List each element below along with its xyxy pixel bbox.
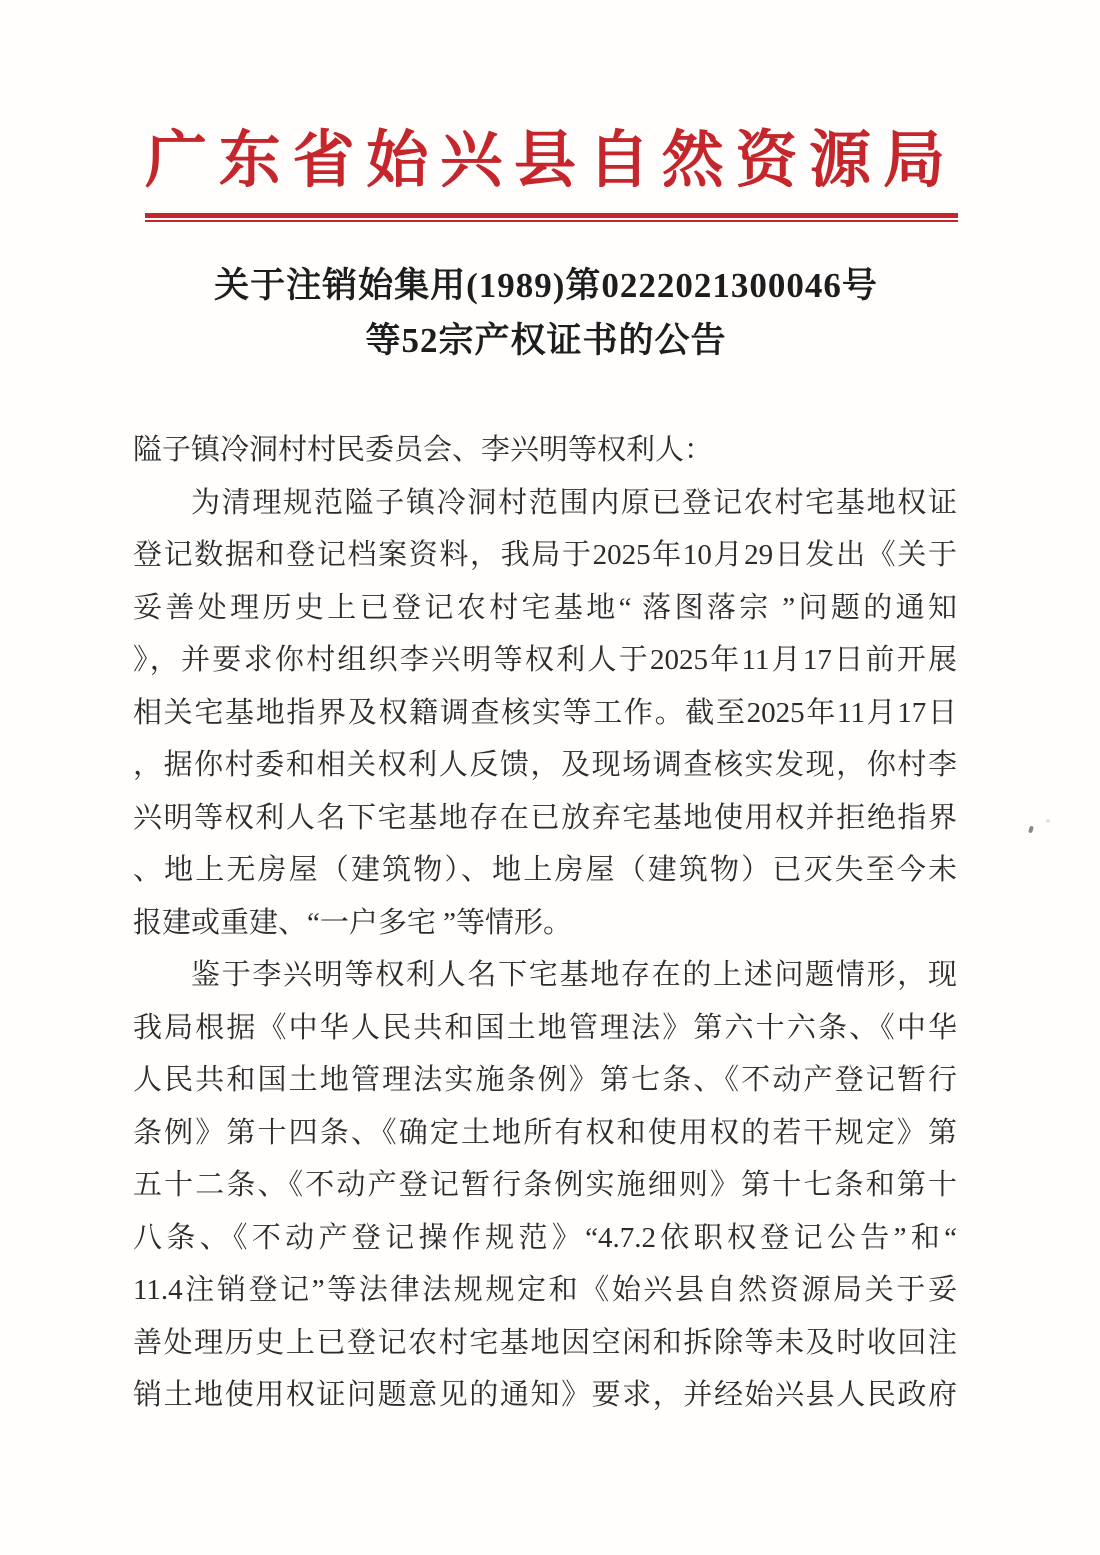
body-line: 》，并要求你村组织李兴明等权利人于2025年11月17日前开展 — [133, 634, 957, 687]
body-line: 五十二条、《不动产登记暂行条例实施细则》第十七条和第十 — [133, 1159, 957, 1212]
body-line: 为清理规范隘子镇冷洞村范围内原已登记农村宅基地权证 — [133, 477, 957, 530]
document-title: 关于注销始集用(1989)第0222021300046号 等52宗产权证书的公告 — [135, 258, 957, 368]
body-line: 相关宅基地指界及权籍调查核实等工作。截至2025年11月17日 — [133, 687, 957, 740]
body-line: 11.4注销登记”等法律法规规定和《始兴县自然资源局关于妥 — [133, 1264, 957, 1317]
body-line: 登记数据和登记档案资料，我局于2025年10月29日发出《关于 — [133, 529, 957, 582]
divider-thin-line — [145, 220, 958, 222]
body-line: ，据你村委和相关权利人反馈，及现场调查核实发现，你村李 — [133, 739, 957, 792]
body-line: 妥善处理历史上已登记农村宅基地“ 落图落宗 ”问题的通知 — [133, 582, 957, 635]
scanned-announcement-page: 广东省始兴县自然资源局 关于注销始集用(1989)第0222021300046号… — [0, 0, 1100, 1555]
body-line: 销土地使用权证问题意见的通知》要求，并经始兴县人民政府 — [133, 1369, 957, 1422]
body-line: 我局根据《中华人民共和国土地管理法》第六十六条、《中华 — [133, 1002, 957, 1055]
agency-letterhead-title: 广东省始兴县自然资源局 — [145, 118, 955, 204]
body-line: 、地上无房屋（建筑物）、地上房屋（建筑物）已灭失至今未 — [133, 844, 957, 897]
document-title-line-1: 关于注销始集用(1989)第0222021300046号 — [135, 258, 957, 313]
divider-thick-bar — [145, 213, 958, 218]
body-line: 条例》第十四条、《确定土地所有权和使用权的若干规定》第 — [133, 1107, 957, 1160]
letterhead-divider-rule — [145, 213, 958, 222]
scan-speck — [1046, 819, 1050, 823]
body-line: 人民共和国土地管理法实施条例》第七条、《不动产登记暂行 — [133, 1054, 957, 1107]
body-line: 八条、《不动产登记操作规范》“4.7.2依职权登记公告”和“ — [133, 1212, 957, 1265]
document-title-line-2: 等52宗产权证书的公告 — [135, 313, 957, 368]
body-line: 隘子镇冷洞村村民委员会、李兴明等权利人： — [133, 424, 957, 477]
body-line: 报建或重建、“一户多宅 ”等情形。 — [133, 897, 957, 950]
body-line: 兴明等权利人名下宅基地存在已放弃宅基地使用权并拒绝指界 — [133, 792, 957, 845]
body-line: 善处理历史上已登记农村宅基地因空闲和拆除等未及时收回注 — [133, 1317, 957, 1370]
body-line: 鉴于李兴明等权利人名下宅基地存在的上述问题情形，现 — [133, 949, 957, 1002]
scan-speck — [1028, 826, 1034, 834]
announcement-body: 隘子镇冷洞村村民委员会、李兴明等权利人：为清理规范隘子镇冷洞村范围内原已登记农村… — [133, 424, 957, 1422]
